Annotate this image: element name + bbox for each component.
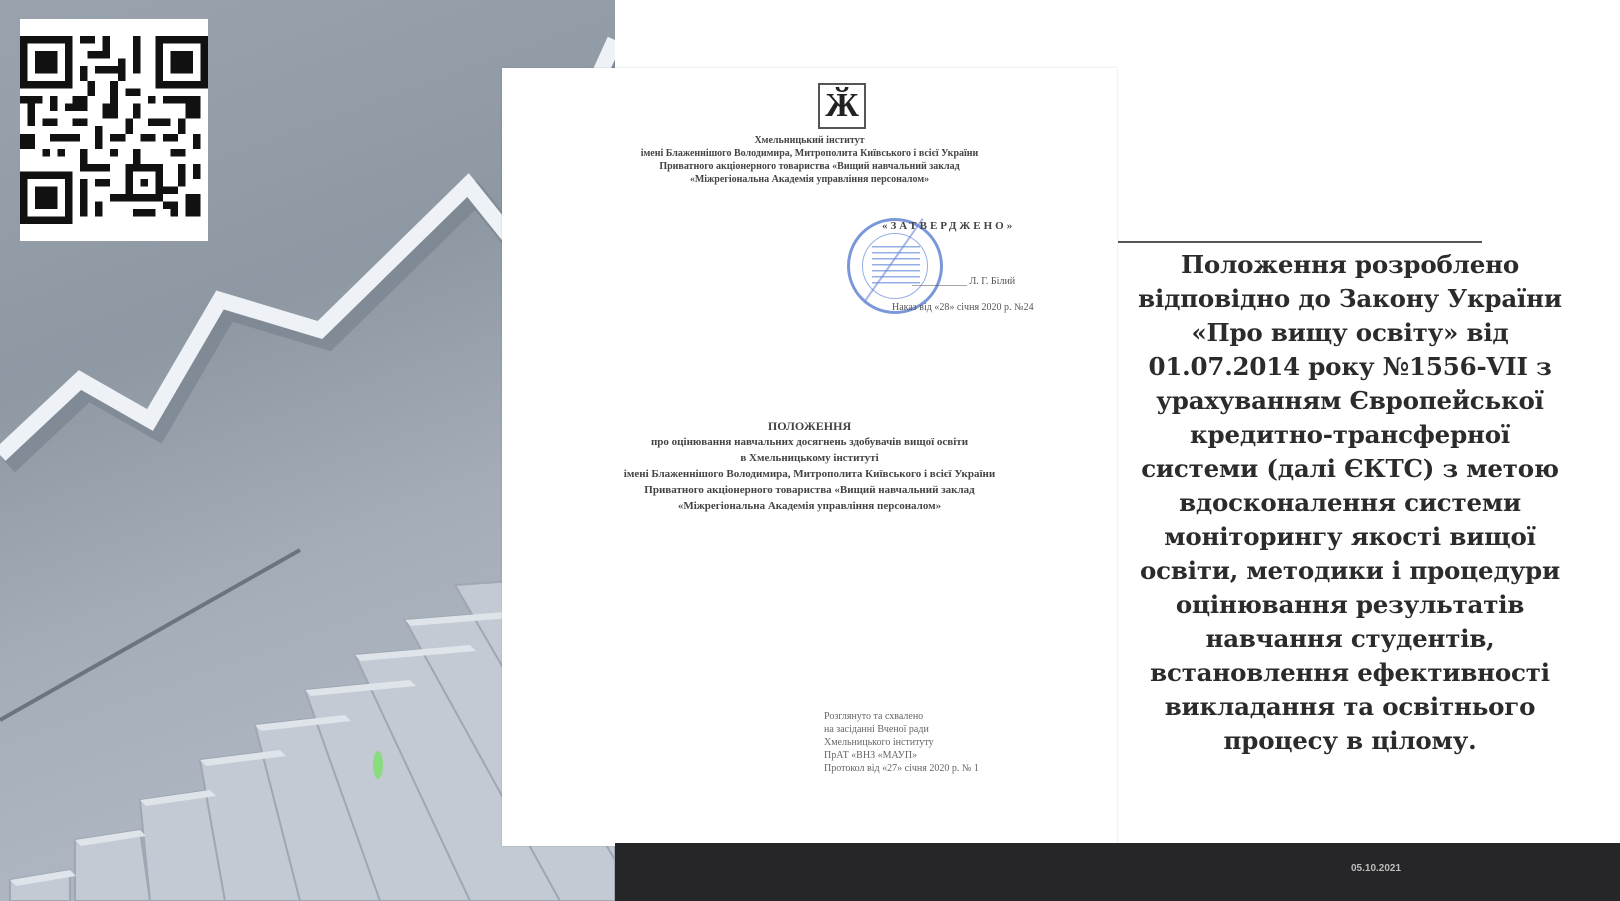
footer-date: 05.10.2021 (1351, 863, 1401, 874)
header-line: «Міжрегіональна Академія управління перс… (502, 173, 1117, 186)
regulation-document-scan: Ӂ Хмельницький інститут імені Блаженнішо… (502, 68, 1117, 846)
divider-line (1118, 241, 1482, 243)
subtitle-line: про оцінювання навчальних досягнень здоб… (502, 434, 1117, 450)
qr-code-icon (20, 19, 208, 241)
subtitle-line: в Хмельницькому інституті (502, 450, 1117, 466)
body-line: Положення розроблено (1118, 248, 1582, 282)
slide-body-text: Положення розроблено відповідно до Закон… (1118, 248, 1582, 758)
document-title-block: ПОЛОЖЕННЯ про оцінювання навчальних дося… (502, 418, 1117, 514)
body-line: «Про вищу освіту» від (1118, 316, 1582, 350)
body-line: 01.07.2014 року №1556-VII з (1118, 350, 1582, 384)
subtitle-line: Приватного акціонерного товариства «Вищи… (502, 482, 1117, 498)
approval-title: «ЗАТВЕРДЖЕНО» (882, 220, 1112, 232)
body-line: освіти, методики і процедури (1118, 554, 1582, 588)
institute-logo-icon: Ӂ (818, 83, 866, 129)
approval-order: Наказ від «28» січня 2020 р. №24 (892, 302, 1034, 313)
body-line: процесу в цілому. (1118, 724, 1582, 758)
body-line: викладання та освітнього (1118, 690, 1582, 724)
approval-signature: ___________ Л. Г. Білий (912, 276, 1015, 287)
body-line: урахуванням Європейської (1118, 384, 1582, 418)
body-line: відповідно до Закону України (1118, 282, 1582, 316)
subtitle-line: «Міжрегіональна Академія управління перс… (502, 498, 1117, 514)
approval-block: «ЗАТВЕРДЖЕНО» ___________ Л. Г. Білий На… (862, 220, 1112, 232)
note-line: Хмельницького інституту (824, 736, 979, 749)
header-line: Хмельницький інститут (502, 134, 1117, 147)
subtitle-line: імені Блаженнішого Володимира, Митрополи… (502, 466, 1117, 482)
body-line: моніторингу якості вищої (1118, 520, 1582, 554)
body-line: оцінювання результатів (1118, 588, 1582, 622)
note-line: на засіданні Вченої ради (824, 723, 979, 736)
body-line: вдосконалення системи (1118, 486, 1582, 520)
header-line: Приватного акціонерного товариства «Вищи… (502, 160, 1117, 173)
note-line: Протокол від «27» січня 2020 р. № 1 (824, 762, 979, 775)
document-header: Хмельницький інститут імені Блаженнішого… (502, 134, 1117, 186)
body-line: встановлення ефективності (1118, 656, 1582, 690)
document-title: ПОЛОЖЕННЯ (502, 418, 1117, 434)
body-line: навчання студентів, (1118, 622, 1582, 656)
header-line: імені Блаженнішого Володимира, Митрополи… (502, 147, 1117, 160)
council-approval-note: Розглянуто та схвалено на засіданні Вчен… (824, 710, 979, 775)
note-line: Розглянуто та схвалено (824, 710, 979, 723)
qr-code[interactable] (20, 19, 208, 241)
body-line: кредитно-трансферної (1118, 418, 1582, 452)
slide-footer: 05.10.2021 (615, 843, 1620, 901)
body-line: системи (далі ЄКТС) з метою (1118, 452, 1582, 486)
note-line: ПрАТ «ВНЗ «МАУП» (824, 749, 979, 762)
